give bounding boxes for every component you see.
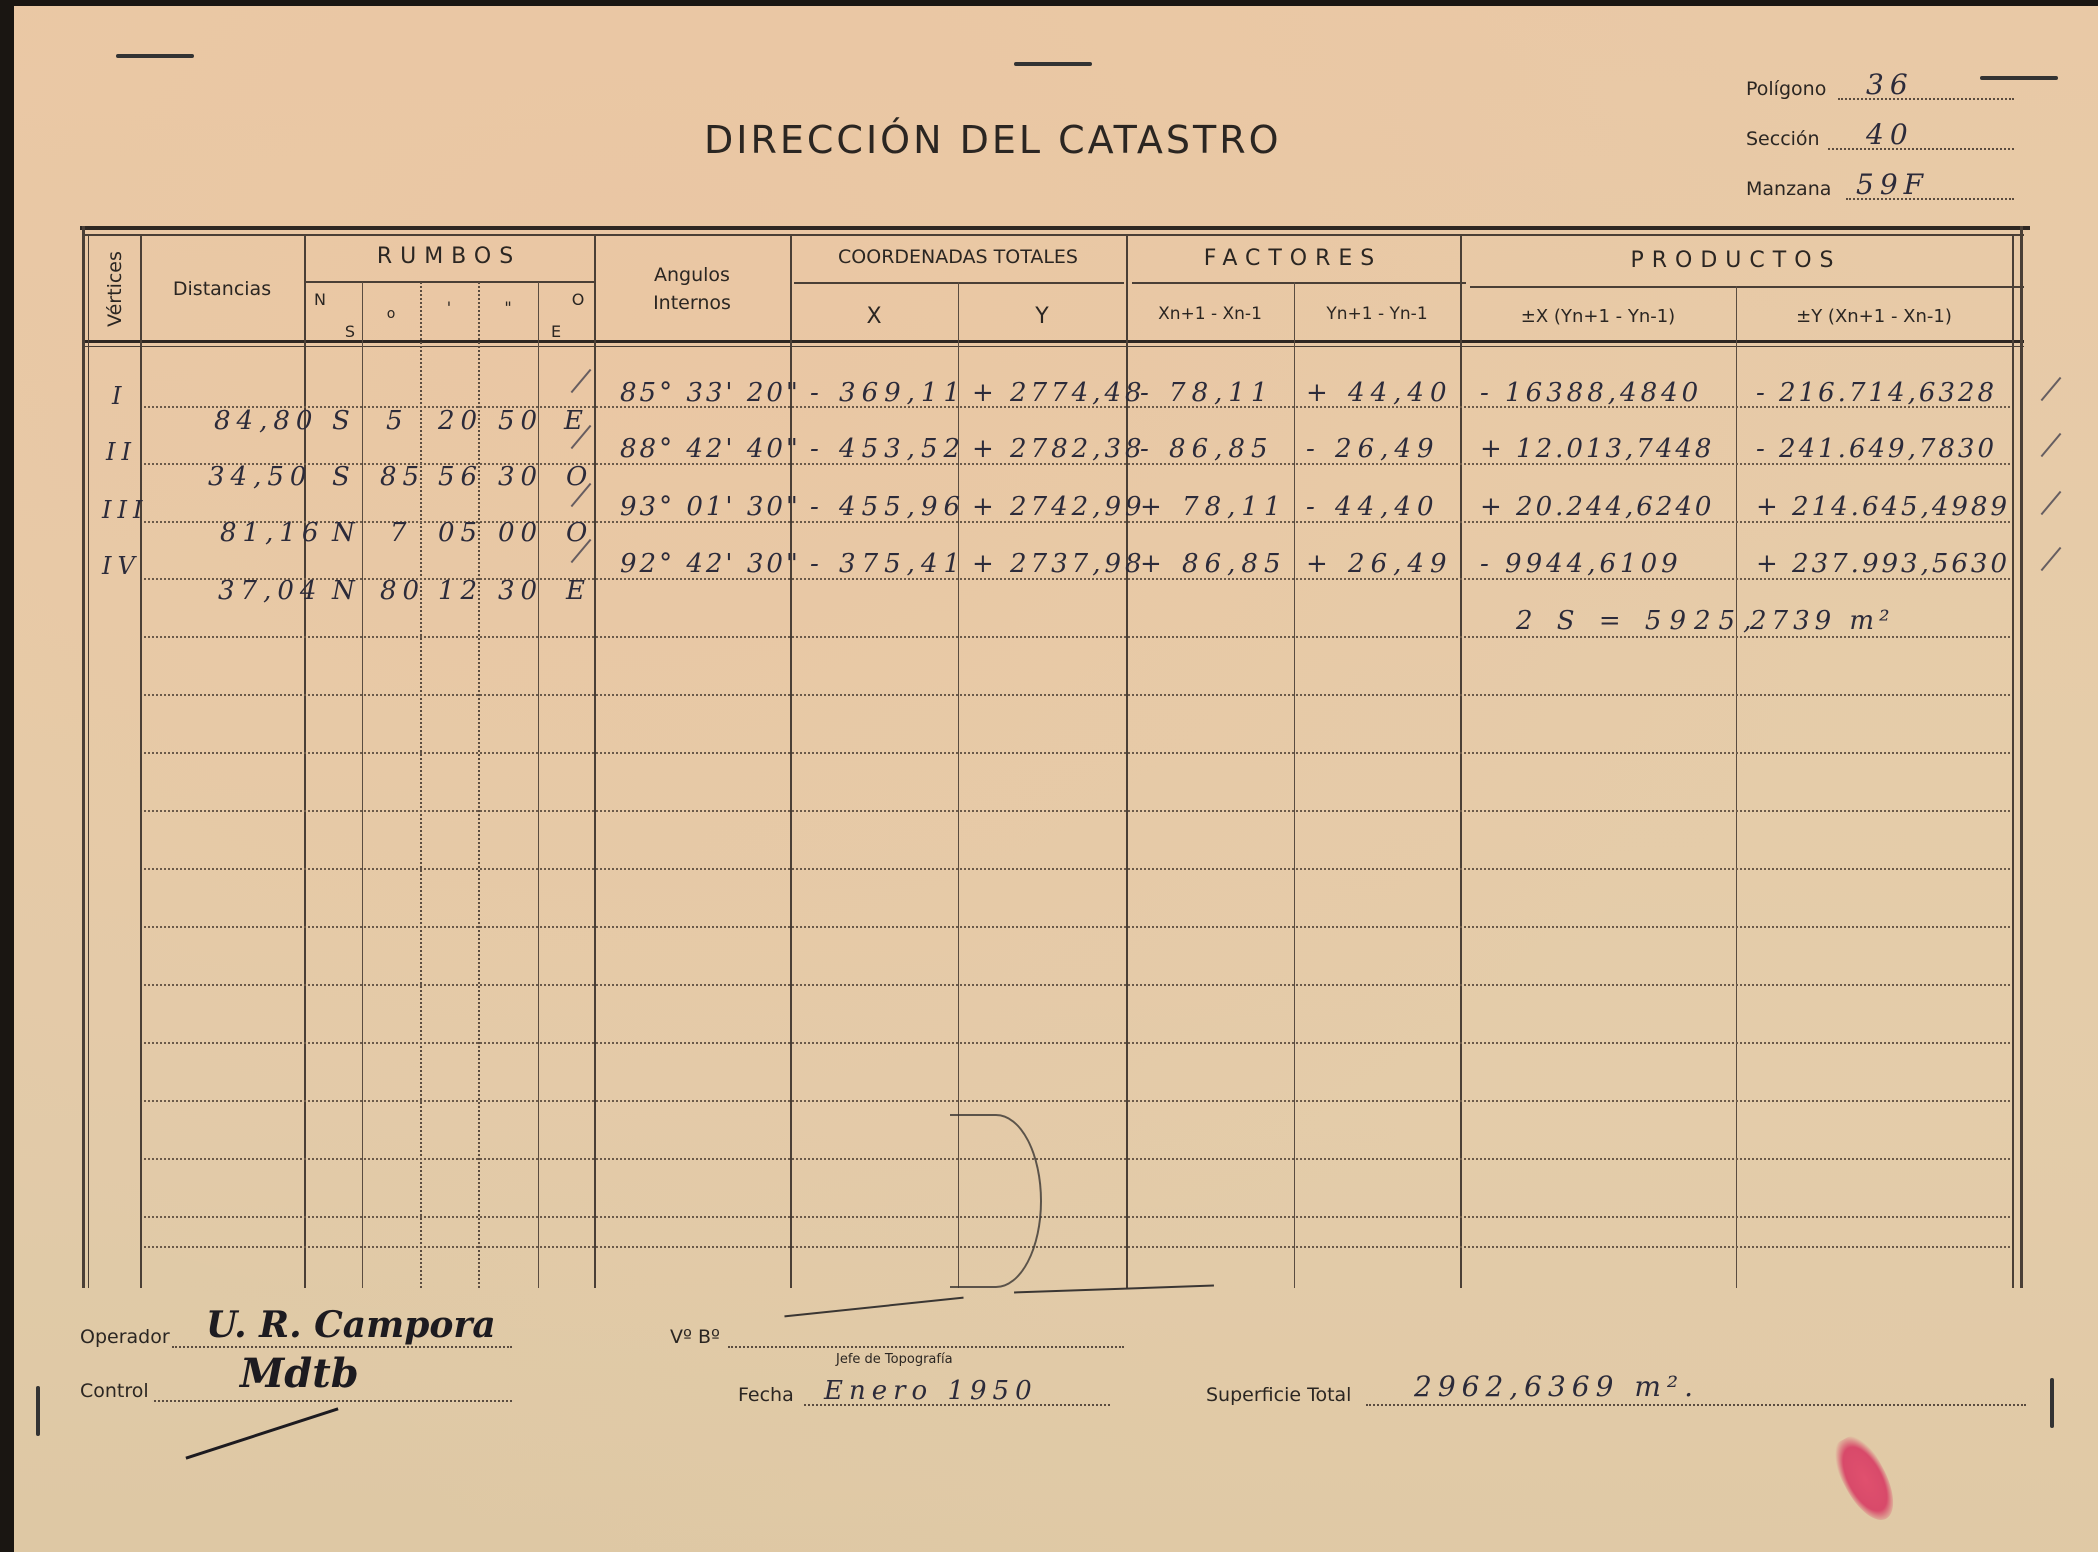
rumbo-eo-cell[interactable]: O — [566, 518, 593, 548]
header-bottom-border — [84, 340, 2024, 343]
signature-loop — [950, 1114, 1042, 1288]
angulo-cell[interactable]: 93° 01' 30" — [620, 492, 801, 522]
rumbo-sec-cell[interactable]: 30 — [498, 576, 543, 606]
table-left-border — [82, 226, 85, 1288]
rumbo-ns-cell[interactable]: S — [332, 462, 356, 492]
staple-mark — [2050, 1378, 2054, 1428]
x-cell[interactable]: - 375,41 — [810, 549, 966, 579]
rumbo-sec-cell[interactable]: 30 — [498, 462, 543, 492]
rumbo-min-cell[interactable]: 05 — [438, 518, 483, 548]
header-internos: Internos — [594, 292, 790, 314]
fecha-field: Fecha Enero 1950 — [738, 1384, 1138, 1406]
col-divider-distancias — [304, 234, 306, 1288]
coordenadas-subheader-line — [794, 282, 1124, 284]
x-cell[interactable]: - 455,96 — [810, 492, 966, 522]
vertex-label: I — [112, 382, 127, 410]
py-cell[interactable]: - 241.649,7830 — [1756, 434, 1997, 464]
header-rumbos-e: E — [546, 322, 566, 341]
superficie-label: Superficie Total — [1206, 1384, 1351, 1406]
vertex-label: II — [106, 438, 137, 466]
header-y: Y — [958, 304, 1126, 329]
page-title: DIRECCIÓN DEL CATASTRO — [704, 118, 1282, 162]
x-cell[interactable]: - 369,11 — [810, 378, 966, 408]
check-mark-icon — [2041, 377, 2062, 401]
seccion-field: Sección 40 — [1746, 128, 2026, 150]
operador-field: Operador U. R. Campora — [80, 1326, 520, 1348]
header-rumbos-deg: o — [362, 306, 420, 322]
control-dotline — [154, 1400, 512, 1402]
angulo-cell[interactable]: 92° 42' 30" — [620, 549, 801, 579]
poligono-label: Polígono — [1746, 78, 1826, 100]
rumbo-ns-cell[interactable]: S — [332, 406, 356, 436]
seccion-dotline — [1828, 148, 2014, 150]
col-divider-px — [1736, 286, 1737, 1288]
px-cell[interactable]: + 12.013,7448 — [1480, 434, 1714, 464]
rumbo-eo-cell[interactable]: E — [566, 576, 591, 606]
table-right-border — [2020, 226, 2023, 1288]
superficie-dotline — [1366, 1404, 2026, 1406]
vobo-field: Vº Bº Jefe de Topografía — [670, 1326, 1110, 1348]
rumbos-subheader-line — [306, 281, 596, 283]
fx-cell[interactable]: - 78,11 — [1140, 378, 1273, 408]
operador-dotline — [172, 1346, 512, 1348]
red-wax-stamp — [1825, 1429, 1904, 1528]
col-divider-factores — [1460, 234, 1462, 1288]
fx-cell[interactable]: + 78,11 — [1140, 492, 1286, 522]
operador-label: Operador — [80, 1326, 170, 1348]
header-fx: Xn+1 - Xn-1 — [1126, 304, 1294, 324]
header-productos: PRODUCTOS — [1460, 248, 2012, 273]
y-cell[interactable]: + 2774,48 — [972, 378, 1146, 408]
vobo-signature-stroke — [784, 1297, 963, 1318]
col-divider-rumbos — [594, 234, 596, 1288]
jefe-label: Jefe de Topografía — [836, 1352, 953, 1367]
operador-signature[interactable]: U. R. Campora — [206, 1304, 496, 1346]
manzana-field: Manzana 59F — [1746, 178, 2026, 200]
fy-cell[interactable]: - 44,40 — [1306, 492, 1439, 522]
header-fy: Yn+1 - Yn-1 — [1294, 304, 1460, 324]
header-py: ±Y (Xn+1 - Xn-1) — [1736, 306, 2012, 327]
py-cell[interactable]: - 216.714,6328 — [1756, 378, 1997, 408]
staple-mark — [116, 54, 194, 58]
staple-mark — [1014, 62, 1092, 66]
header-x: X — [790, 304, 958, 329]
rumbo-eo-cell[interactable]: O — [566, 462, 593, 492]
control-signature-stroke — [185, 1407, 338, 1459]
vobo-dotline — [728, 1346, 1124, 1348]
fecha-value[interactable]: Enero 1950 — [824, 1376, 1038, 1406]
fecha-label: Fecha — [738, 1384, 794, 1406]
y-cell[interactable]: + 2782,38 — [972, 434, 1146, 464]
header-distancias: Distancias — [140, 278, 304, 300]
header-px: ±X (Yn+1 - Yn-1) — [1460, 306, 1736, 327]
table-top-border — [80, 226, 2030, 230]
rumbo-deg-cell[interactable]: 85 — [380, 462, 425, 492]
col-divider-deg — [420, 282, 422, 1288]
check-mark-icon — [571, 369, 592, 393]
vobo-signature-stroke — [1014, 1285, 1214, 1294]
header-rumbos-s: S — [340, 322, 360, 341]
control-field: Control Mdtb — [80, 1380, 520, 1402]
py-cell[interactable]: + 214.645,4989 — [1756, 492, 2010, 522]
px-cell[interactable]: - 16388,4840 — [1480, 378, 1702, 408]
col-divider-ns — [362, 282, 363, 1288]
fx-cell[interactable]: + 86,85 — [1140, 549, 1286, 579]
staple-mark — [36, 1386, 40, 1436]
check-mark-icon — [2041, 547, 2062, 571]
table-top-inner-border — [84, 234, 2024, 236]
double-area-label: 2 S = 5925, — [1516, 606, 1759, 636]
col-divider-vertices — [140, 234, 142, 1288]
distancia-cell[interactable]: 37,04 — [218, 576, 322, 606]
rumbo-ns-cell[interactable]: N — [332, 518, 361, 548]
px-cell[interactable]: + 20.244,6240 — [1480, 492, 1714, 522]
superficie-field: Superficie Total 2962,6369 m². — [1206, 1384, 2036, 1406]
header-rumbos-min: ' — [420, 298, 478, 317]
header-rumbos-n: N — [310, 290, 330, 309]
seccion-label: Sección — [1746, 128, 1820, 150]
rumbo-deg-cell[interactable]: 80 — [380, 576, 425, 606]
fy-cell[interactable]: + 44,40 — [1306, 378, 1452, 408]
fy-cell[interactable]: + 26,49 — [1306, 549, 1452, 579]
poligono-value[interactable]: 36 — [1866, 68, 1914, 101]
manzana-value[interactable]: 59F — [1856, 168, 1929, 201]
rumbo-min-cell[interactable]: 56 — [438, 462, 483, 492]
angulo-cell[interactable]: 85° 33' 20" — [620, 378, 801, 408]
rumbo-min-cell[interactable]: 12 — [438, 576, 483, 606]
vertex-label: IV — [102, 552, 141, 580]
vobo-label: Vº Bº — [670, 1326, 720, 1348]
double-area-value[interactable]: 2739 m² — [1750, 606, 1895, 636]
distancia-cell[interactable]: 84,80 — [214, 406, 318, 436]
px-cell[interactable]: - 9944,6109 — [1480, 549, 1682, 579]
rumbo-min-cell[interactable]: 20 — [438, 406, 483, 436]
fy-cell[interactable]: - 26,49 — [1306, 434, 1439, 464]
fx-cell[interactable]: - 86,85 — [1140, 434, 1273, 464]
control-label: Control — [80, 1380, 149, 1402]
col-divider-fx — [1294, 282, 1295, 1288]
header-rumbos-o: O — [568, 290, 588, 309]
rumbo-sec-cell[interactable]: 50 — [498, 406, 543, 436]
distancia-cell[interactable]: 34,50 — [208, 462, 312, 492]
rumbo-ns-cell[interactable]: N — [332, 576, 361, 606]
check-mark-icon — [2041, 491, 2062, 515]
poligono-dotline — [1838, 98, 2014, 100]
header-rumbos: RUMBOS — [304, 244, 594, 269]
header-vertices: Vértices — [104, 234, 126, 344]
distancia-cell[interactable]: 81,16 — [220, 518, 324, 548]
header-factores: FACTORES — [1126, 246, 1460, 271]
rumbo-deg-cell[interactable]: 5 — [386, 406, 409, 436]
manzana-label: Manzana — [1746, 178, 1831, 200]
x-cell[interactable]: - 453,52 — [810, 434, 966, 464]
seccion-value[interactable]: 40 — [1866, 118, 1914, 151]
table-right-inner-border — [2012, 234, 2014, 1288]
y-cell[interactable]: + 2742,99 — [972, 492, 1146, 522]
factores-subheader-line — [1132, 282, 1466, 284]
header-rumbos-sec: " — [478, 298, 538, 317]
vertex-label: III — [102, 496, 148, 524]
header-bottom-inner — [84, 346, 2024, 347]
productos-subheader-line — [1470, 286, 2024, 288]
superficie-value[interactable]: 2962,6369 m². — [1414, 1370, 1699, 1403]
header-coordenadas: COORDENADAS TOTALES — [790, 246, 1126, 268]
catastro-form: DIRECCIÓN DEL CATASTRO Polígono 36 Secci… — [14, 6, 2098, 1552]
table-left-inner-border — [88, 234, 89, 1288]
y-cell[interactable]: + 2737,98 — [972, 549, 1146, 579]
rumbo-deg-cell[interactable]: 7 — [390, 518, 413, 548]
control-signature[interactable]: Mdtb — [240, 1350, 359, 1397]
poligono-field: Polígono 36 — [1746, 78, 2026, 100]
py-cell[interactable]: + 237.993,5630 — [1756, 549, 2010, 579]
header-angulos: Angulos — [594, 264, 790, 286]
angulo-cell[interactable]: 88° 42' 40" — [620, 434, 801, 464]
rumbo-sec-cell[interactable]: 00 — [498, 518, 543, 548]
check-mark-icon — [2041, 433, 2062, 457]
